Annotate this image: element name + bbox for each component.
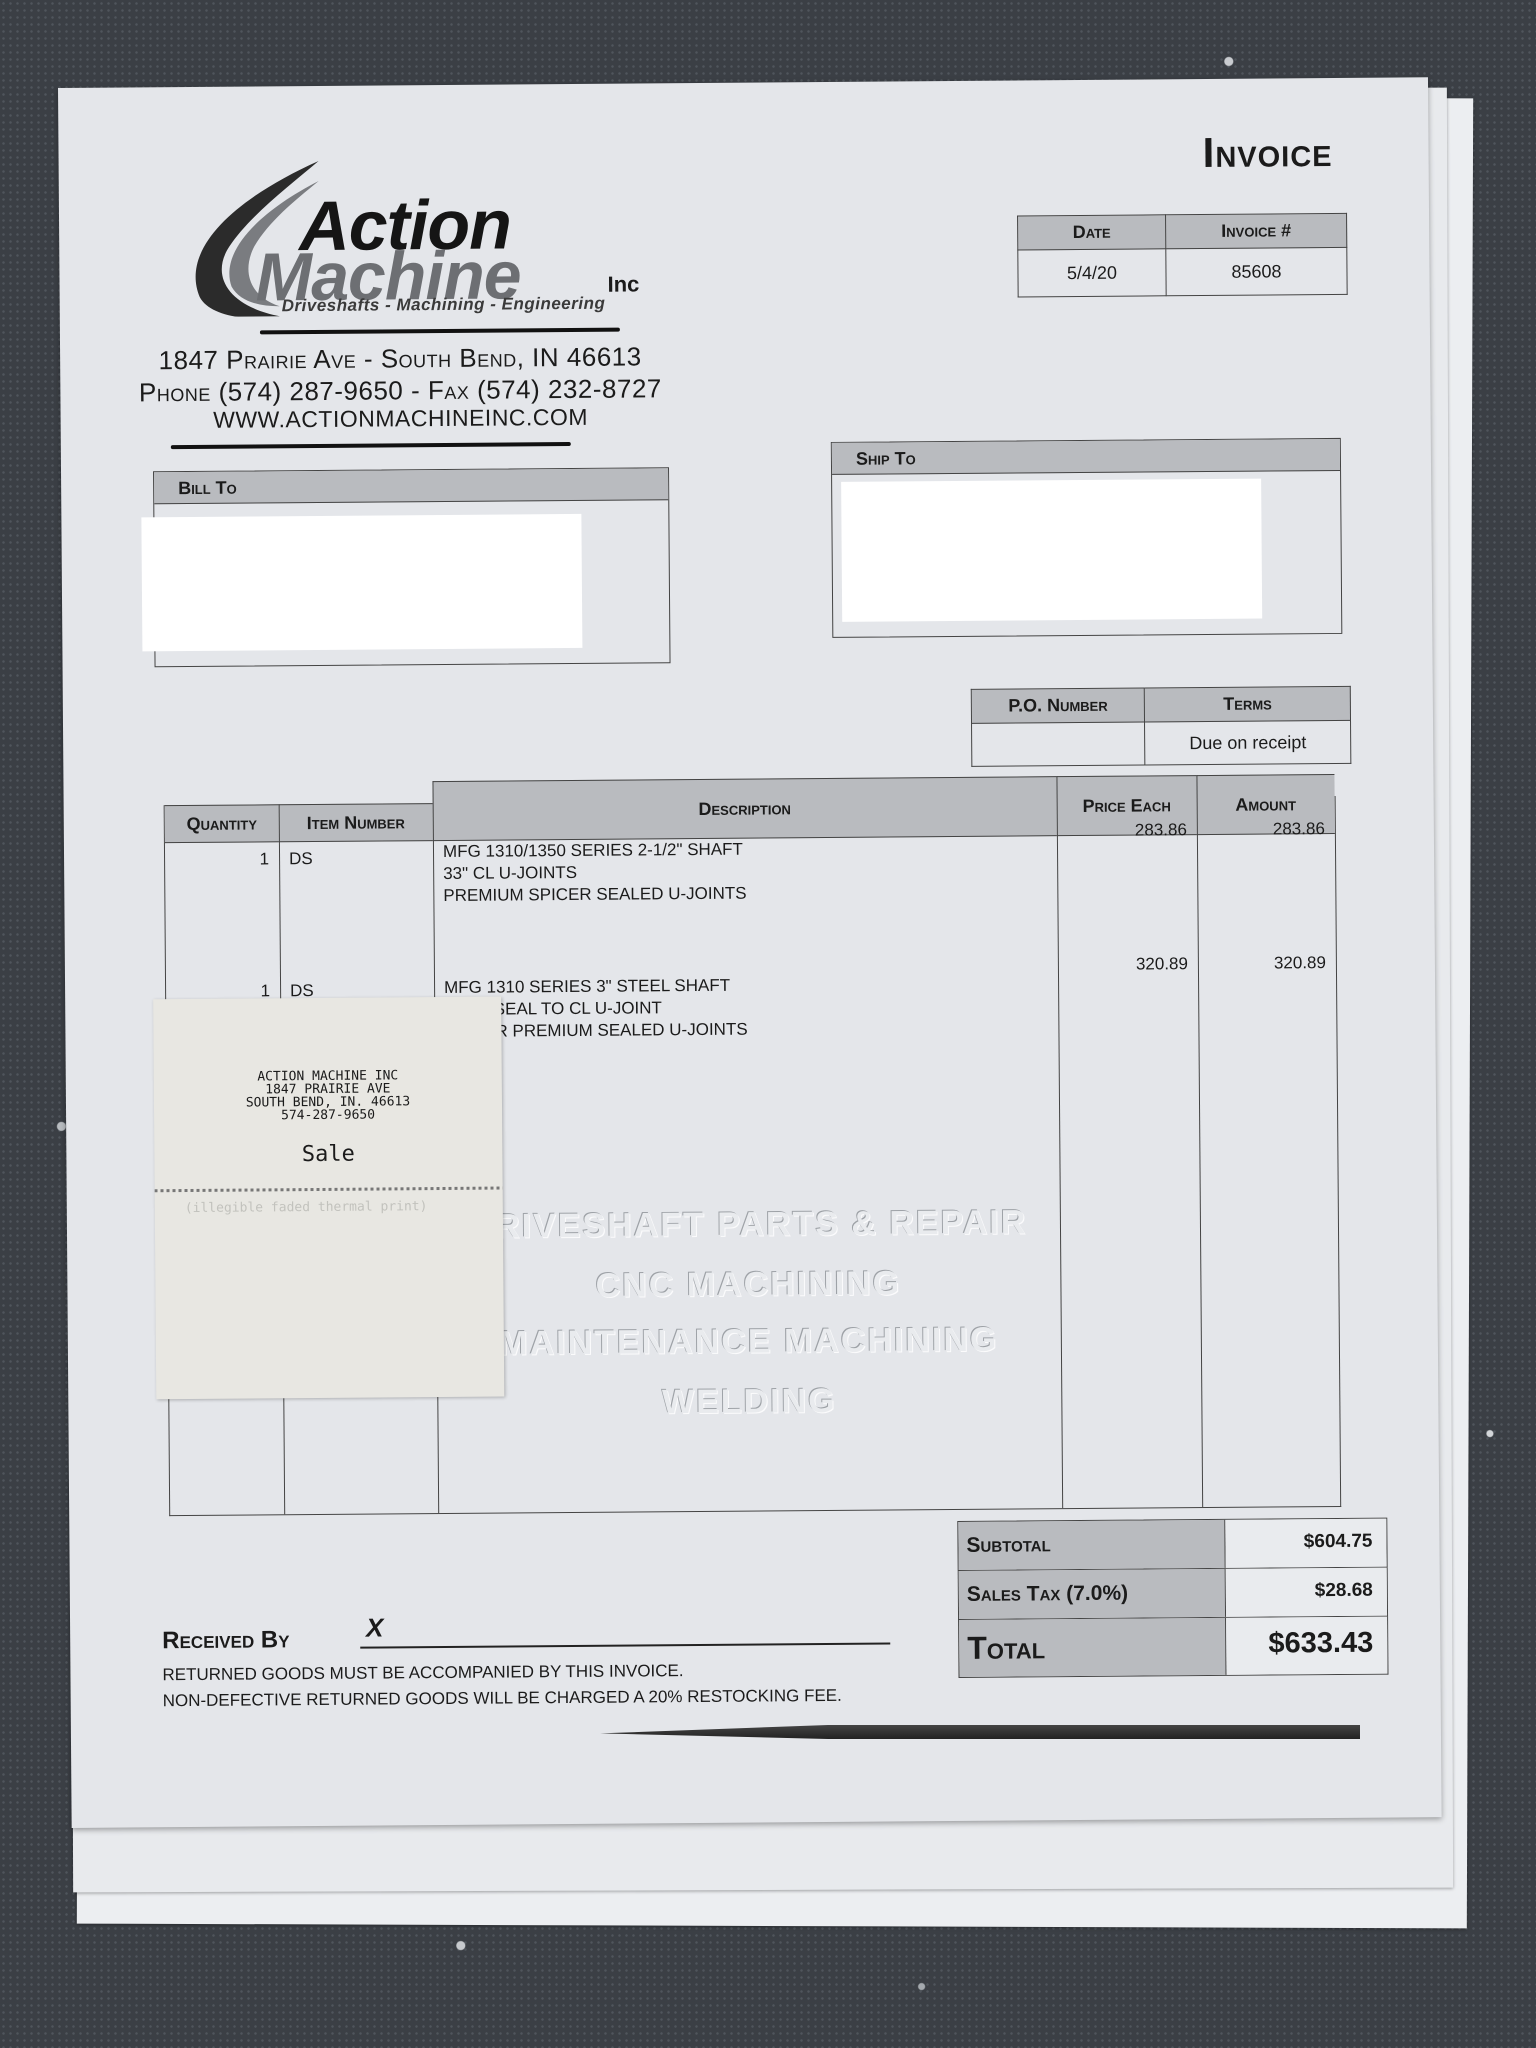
row1-price-each: 283.86 (1057, 819, 1187, 842)
subtotal-label: Subtotal (958, 1520, 1225, 1570)
po-number-value (972, 722, 1146, 766)
invoice-date: 5/4/20 (1018, 249, 1166, 297)
invoice-number-header: Invoice # (1166, 213, 1347, 248)
totals-table: Subtotal $604.75 Sales Tax (7.0%) $28.68… (957, 1518, 1388, 1678)
company-website: www.actionmachineinc.com (91, 403, 711, 435)
terms-value: Due on receipt (1145, 720, 1351, 765)
address-divider (171, 442, 571, 449)
company-name-suffix: Inc (607, 271, 639, 297)
bill-to-label: Bill To (154, 468, 668, 504)
description-header: Description (432, 776, 1056, 841)
return-notice: RETURNED GOODS MUST BE ACCOMPANIED BY TH… (162, 1661, 683, 1685)
date-invoice-table: Date Invoice # 5/4/20 85608 (1017, 213, 1348, 298)
logo-divider (260, 328, 620, 335)
restocking-notice: NON-DEFECTIVE RETURNED GOODS WILL BE CHA… (163, 1686, 842, 1711)
receipt-faded-text: (illegible faded thermal print) (185, 1197, 483, 1219)
invoice-number: 85608 (1166, 247, 1347, 295)
row1-amount: 283.86 (1197, 818, 1325, 841)
date-header: Date (1018, 215, 1166, 250)
receipt-line-4: 574-287-9650 (154, 1108, 502, 1124)
po-number-header: P.O. Number (971, 688, 1145, 723)
signature-line (360, 1643, 890, 1649)
company-tagline: Driveshafts - Machining - Engineering (282, 294, 606, 317)
ship-to-redacted (841, 479, 1262, 622)
subtotal-value: $604.75 (1225, 1519, 1386, 1568)
card-receipt: ACTION MACHINE INC 1847 PRAIRIE AVE SOUT… (153, 997, 504, 1400)
bill-to-redacted (141, 514, 582, 651)
sales-tax-value: $28.68 (1226, 1568, 1387, 1617)
item-number-header: Item Number (279, 803, 433, 842)
row1-quantity: 1 (165, 848, 269, 871)
total-value: $633.43 (1226, 1617, 1387, 1675)
receipt-transaction-type: Sale (154, 1141, 502, 1169)
terms-header: Terms (1145, 686, 1351, 722)
quantity-header: Quantity (165, 804, 279, 843)
received-by-label: Received By (162, 1626, 290, 1655)
ship-to-label: Ship To (832, 439, 1340, 475)
row1-item-number: DS (289, 848, 313, 870)
company-address: 1847 Prairie Ave - South Bend, IN 46613 (90, 341, 710, 377)
signature-mark: X (366, 1612, 384, 1643)
sales-tax-label: Sales Tax (7.0%) (959, 1569, 1226, 1619)
document-title: Invoice (1202, 128, 1332, 177)
total-label: Total (959, 1618, 1226, 1677)
row2-price-each: 320.89 (1058, 953, 1188, 976)
po-terms-table: P.O. Number Terms Due on receipt (971, 686, 1352, 767)
row1-description: MFG 1310/1350 SERIES 2-1/2" SHAFT 33" CL… (443, 839, 747, 907)
row2-amount: 320.89 (1198, 952, 1326, 975)
invoice-page: Action Machine Inc Driveshafts - Machini… (58, 77, 1442, 1828)
